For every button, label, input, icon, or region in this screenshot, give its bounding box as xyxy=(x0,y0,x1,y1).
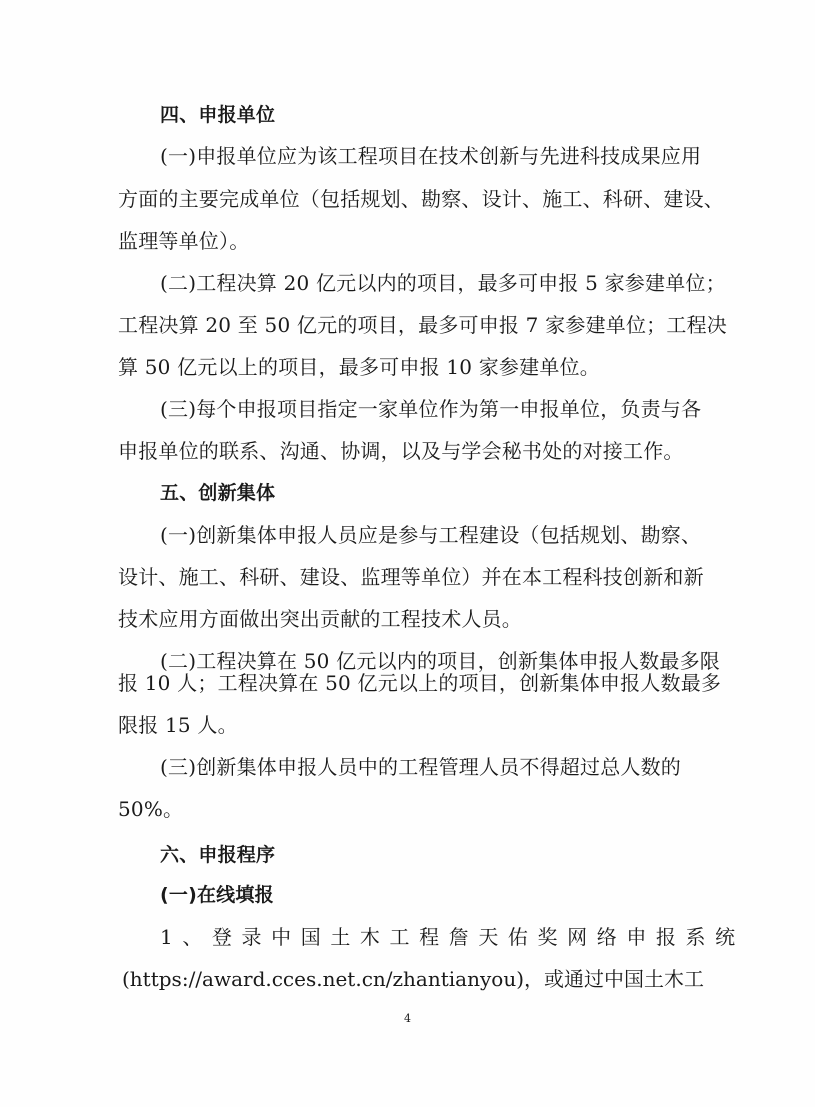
paragraph-line: 50%。 xyxy=(118,796,684,822)
paragraph-line: 设计、施工、科研、建设、监理等单位）并在本工程科技创新和新 xyxy=(118,564,684,590)
section-heading: 四、申报单位 xyxy=(160,102,684,128)
paragraph-line: 报 10 人；工程决算在 50 亿元以上的项目，创新集体申报人数最多 xyxy=(118,670,684,696)
paragraph-line: 监理等单位）。 xyxy=(118,228,684,254)
paragraph-line: 申报单位的联系、沟通、协调，以及与学会秘书处的对接工作。 xyxy=(118,438,684,464)
paragraph-line: (三)每个申报项目指定一家单位作为第一申报单位，负责与各 xyxy=(160,396,684,422)
paragraph-line: 1、登录中国土木工程詹天佑奖网络申报系统 xyxy=(160,924,684,950)
section-heading: 六、申报程序 xyxy=(160,842,684,868)
paragraph-line: 算 50 亿元以上的项目，最多可申报 10 家参建单位。 xyxy=(118,354,684,380)
paragraph-line: 技术应用方面做出突出贡献的工程技术人员。 xyxy=(118,606,684,632)
section-heading: 五、创新集体 xyxy=(160,480,684,506)
paragraph-line: 工程决算 20 至 50 亿元的项目，最多可申报 7 家参建单位；工程决 xyxy=(118,312,684,338)
paragraph-line: (一)申报单位应为该工程项目在技术创新与先进科技成果应用 xyxy=(160,143,684,169)
document-page: 四、申报单位 (一)申报单位应为该工程项目在技术创新与先进科技成果应用 方面的主… xyxy=(0,0,815,1107)
paragraph-line: 限报 15 人。 xyxy=(118,712,684,738)
subsection-heading: (一)在线填报 xyxy=(160,882,684,908)
paragraph-line: 方面的主要完成单位（包括规划、勘察、设计、施工、科研、建设、 xyxy=(118,186,684,212)
paragraph-line: (一)创新集体申报人员应是参与工程建设（包括规划、勘察、 xyxy=(160,522,684,548)
page-number: 4 xyxy=(0,1012,815,1025)
paragraph-line: (二)工程决算 20 亿元以内的项目，最多可申报 5 家参建单位； xyxy=(160,270,684,296)
paragraph-line-with-url: (https://award.cces.net.cn/zhantianyou)，… xyxy=(122,966,688,992)
paragraph-line: (三)创新集体申报人员中的工程管理人员不得超过总人数的 xyxy=(160,754,684,780)
